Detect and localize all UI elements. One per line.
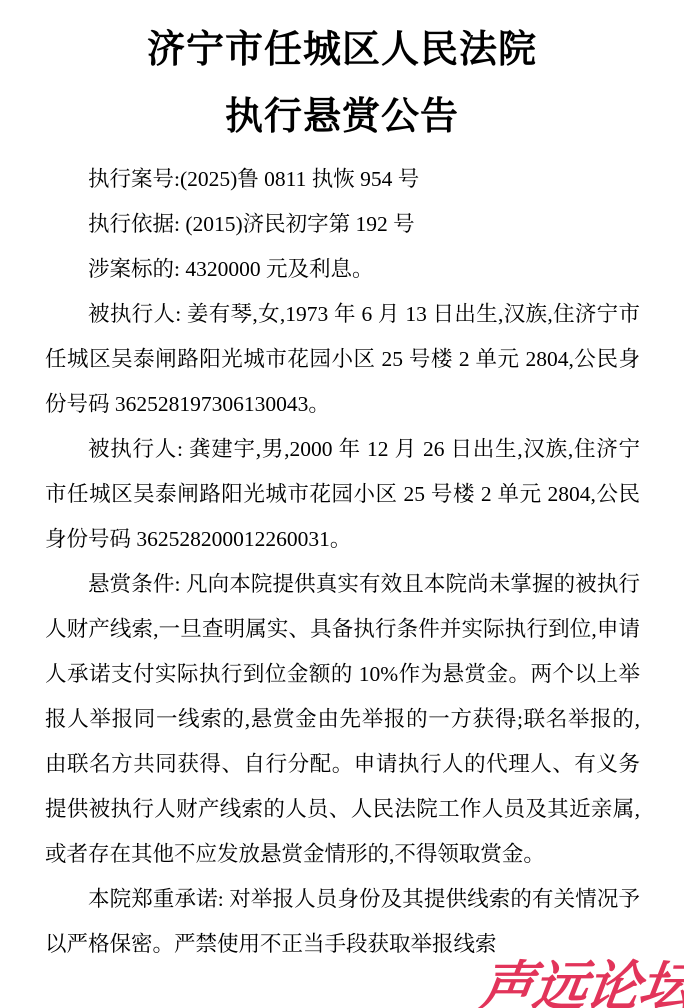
forum-watermark: 声远论坛 xyxy=(476,960,684,1008)
document-header: 济宁市任城区人民法院 执行悬赏公告 xyxy=(0,28,684,140)
judgment-debtor-2-paragraph: 被执行人: 龚建宇,男,2000 年 12 月 26 日出生,汉族,住济宁市任城… xyxy=(45,427,640,562)
enforcement-basis-line: 执行依据: (2015)济民初字第 192 号 xyxy=(45,202,640,247)
reward-conditions-paragraph: 悬赏条件: 凡向本院提供真实有效且本院尚未掌握的被执行人财产线索,一旦查明属实、… xyxy=(45,562,640,877)
court-name-title: 济宁市任城区人民法院 xyxy=(0,28,684,74)
case-number-line: 执行案号:(2025)鲁 0811 执恢 954 号 xyxy=(45,157,640,202)
announcement-title: 执行悬赏公告 xyxy=(0,95,684,141)
document-page: 济宁市任城区人民法院 执行悬赏公告 执行案号:(2025)鲁 0811 执恢 9… xyxy=(0,0,684,1008)
document-body: 执行案号:(2025)鲁 0811 执恢 954 号 执行依据: (2015)济… xyxy=(45,157,640,967)
court-promise-paragraph: 本院郑重承诺: 对举报人员身份及其提供线索的有关情况予以严格保密。严禁使用不正当… xyxy=(45,877,640,967)
case-amount-line: 涉案标的: 4320000 元及利息。 xyxy=(45,247,640,292)
judgment-debtor-1-paragraph: 被执行人: 姜有琴,女,1973 年 6 月 13 日出生,汉族,住济宁市任城区… xyxy=(45,292,640,427)
